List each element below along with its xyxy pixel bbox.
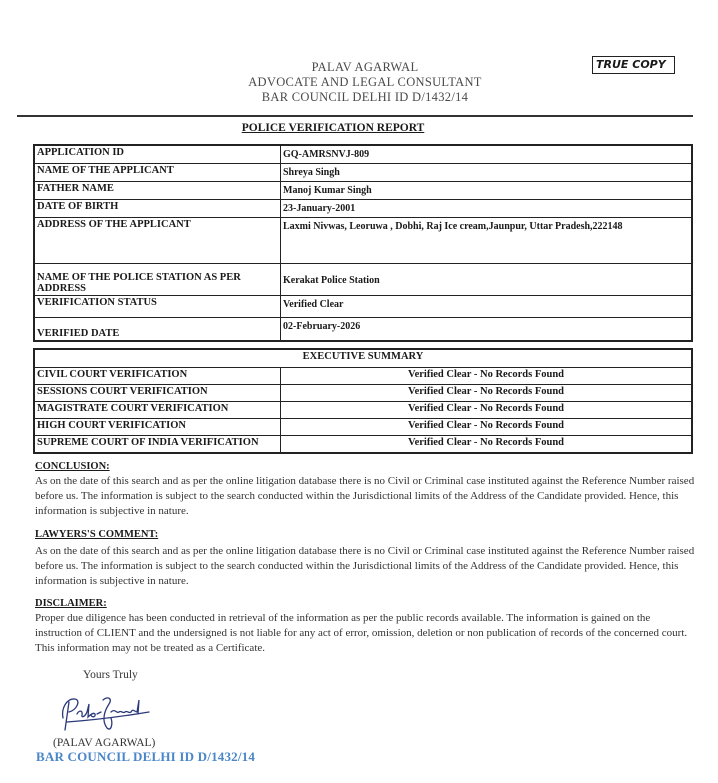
signature-icon xyxy=(55,690,155,735)
field-label: ADDRESS OF THE APPLICANT xyxy=(34,217,281,263)
field-value: 23-January-2001 xyxy=(281,199,693,217)
court-label: SESSIONS COURT VERIFICATION xyxy=(34,385,281,402)
field-label: VERIFICATION STATUS xyxy=(34,295,281,317)
field-value: 02-February-2026 xyxy=(281,317,693,341)
field-label: APPLICATION ID xyxy=(34,145,281,163)
table-row: SUPREME COURT OF INDIA VERIFICATION Veri… xyxy=(34,436,692,453)
table-row: SESSIONS COURT VERIFICATION Verified Cle… xyxy=(34,385,692,402)
court-status: Verified Clear - No Records Found xyxy=(281,436,693,453)
court-label: CIVIL COURT VERIFICATION xyxy=(34,368,281,385)
field-value: Laxmi Nivwas, Leoruwa , Dobhi, Raj Ice c… xyxy=(281,217,693,263)
field-label: NAME OF THE APPLICANT xyxy=(34,163,281,181)
table-row: ADDRESS OF THE APPLICANT Laxmi Nivwas, L… xyxy=(34,217,692,263)
table-row: FATHER NAME Manoj Kumar Singh xyxy=(34,181,692,199)
field-label: NAME OF THE POLICE STATION AS PER ADDRES… xyxy=(34,263,281,295)
report-title-text: POLICE VERIFICATION REPORT xyxy=(242,122,425,134)
true-copy-stamp: TRUE COPY xyxy=(592,56,675,74)
field-label: DATE OF BIRTH xyxy=(34,199,281,217)
court-label: MAGISTRATE COURT VERIFICATION xyxy=(34,402,281,419)
disclaimer-heading: DISCLAIMER: xyxy=(35,598,107,609)
court-status: Verified Clear - No Records Found xyxy=(281,368,693,385)
table-row: VERIFICATION STATUS Verified Clear xyxy=(34,295,692,317)
advocate-designation: ADVOCATE AND LEGAL CONSULTANT xyxy=(200,75,530,90)
header-divider xyxy=(17,115,693,117)
advocate-bar-id: BAR COUNCIL DELHI ID D/1432/14 xyxy=(200,90,530,105)
table-header-row: EXECUTIVE SUMMARY xyxy=(34,349,692,368)
table-row: DATE OF BIRTH 23-January-2001 xyxy=(34,199,692,217)
field-value: Verified Clear xyxy=(281,295,693,317)
table-row: APPLICATION ID GQ-AMRSNVJ-809 xyxy=(34,145,692,163)
table-row: CIVIL COURT VERIFICATION Verified Clear … xyxy=(34,368,692,385)
summary-title: EXECUTIVE SUMMARY xyxy=(34,349,692,368)
advocate-name: PALAV AGARWAL xyxy=(200,60,530,75)
court-status: Verified Clear - No Records Found xyxy=(281,402,693,419)
disclaimer-text: Proper due diligence has been conducted … xyxy=(35,611,695,656)
field-value: GQ-AMRSNVJ-809 xyxy=(281,145,693,163)
field-value: Shreya Singh xyxy=(281,163,693,181)
executive-summary-table: EXECUTIVE SUMMARY CIVIL COURT VERIFICATI… xyxy=(33,348,693,454)
closing-text: Yours Truly xyxy=(83,669,138,681)
signatory-name: (PALAV AGARWAL) xyxy=(53,737,155,749)
court-status: Verified Clear - No Records Found xyxy=(281,419,693,436)
signatory-bar-id: BAR COUNCIL DELHI ID D/1432/14 xyxy=(36,749,255,765)
table-row: MAGISTRATE COURT VERIFICATION Verified C… xyxy=(34,402,692,419)
applicant-details-table: APPLICATION ID GQ-AMRSNVJ-809 NAME OF TH… xyxy=(33,144,693,342)
court-label: HIGH COURT VERIFICATION xyxy=(34,419,281,436)
field-value: Manoj Kumar Singh xyxy=(281,181,693,199)
field-value: Kerakat Police Station xyxy=(281,263,693,295)
conclusion-text: As on the date of this search and as per… xyxy=(35,474,695,519)
field-label: VERIFIED DATE xyxy=(34,317,281,341)
table-row: NAME OF THE APPLICANT Shreya Singh xyxy=(34,163,692,181)
table-row: HIGH COURT VERIFICATION Verified Clear -… xyxy=(34,419,692,436)
conclusion-heading: CONCLUSION: xyxy=(35,461,110,472)
table-row: VERIFIED DATE 02-February-2026 xyxy=(34,317,692,341)
lawyers-comment-text: As on the date of this search and as per… xyxy=(35,544,695,589)
field-label: FATHER NAME xyxy=(34,181,281,199)
table-row: NAME OF THE POLICE STATION AS PER ADDRES… xyxy=(34,263,692,295)
report-title: POLICE VERIFICATION REPORT xyxy=(0,122,666,134)
court-label: SUPREME COURT OF INDIA VERIFICATION xyxy=(34,436,281,453)
lawyers-comment-heading: LAWYERS'S COMMENT: xyxy=(35,529,158,540)
court-status: Verified Clear - No Records Found xyxy=(281,385,693,402)
